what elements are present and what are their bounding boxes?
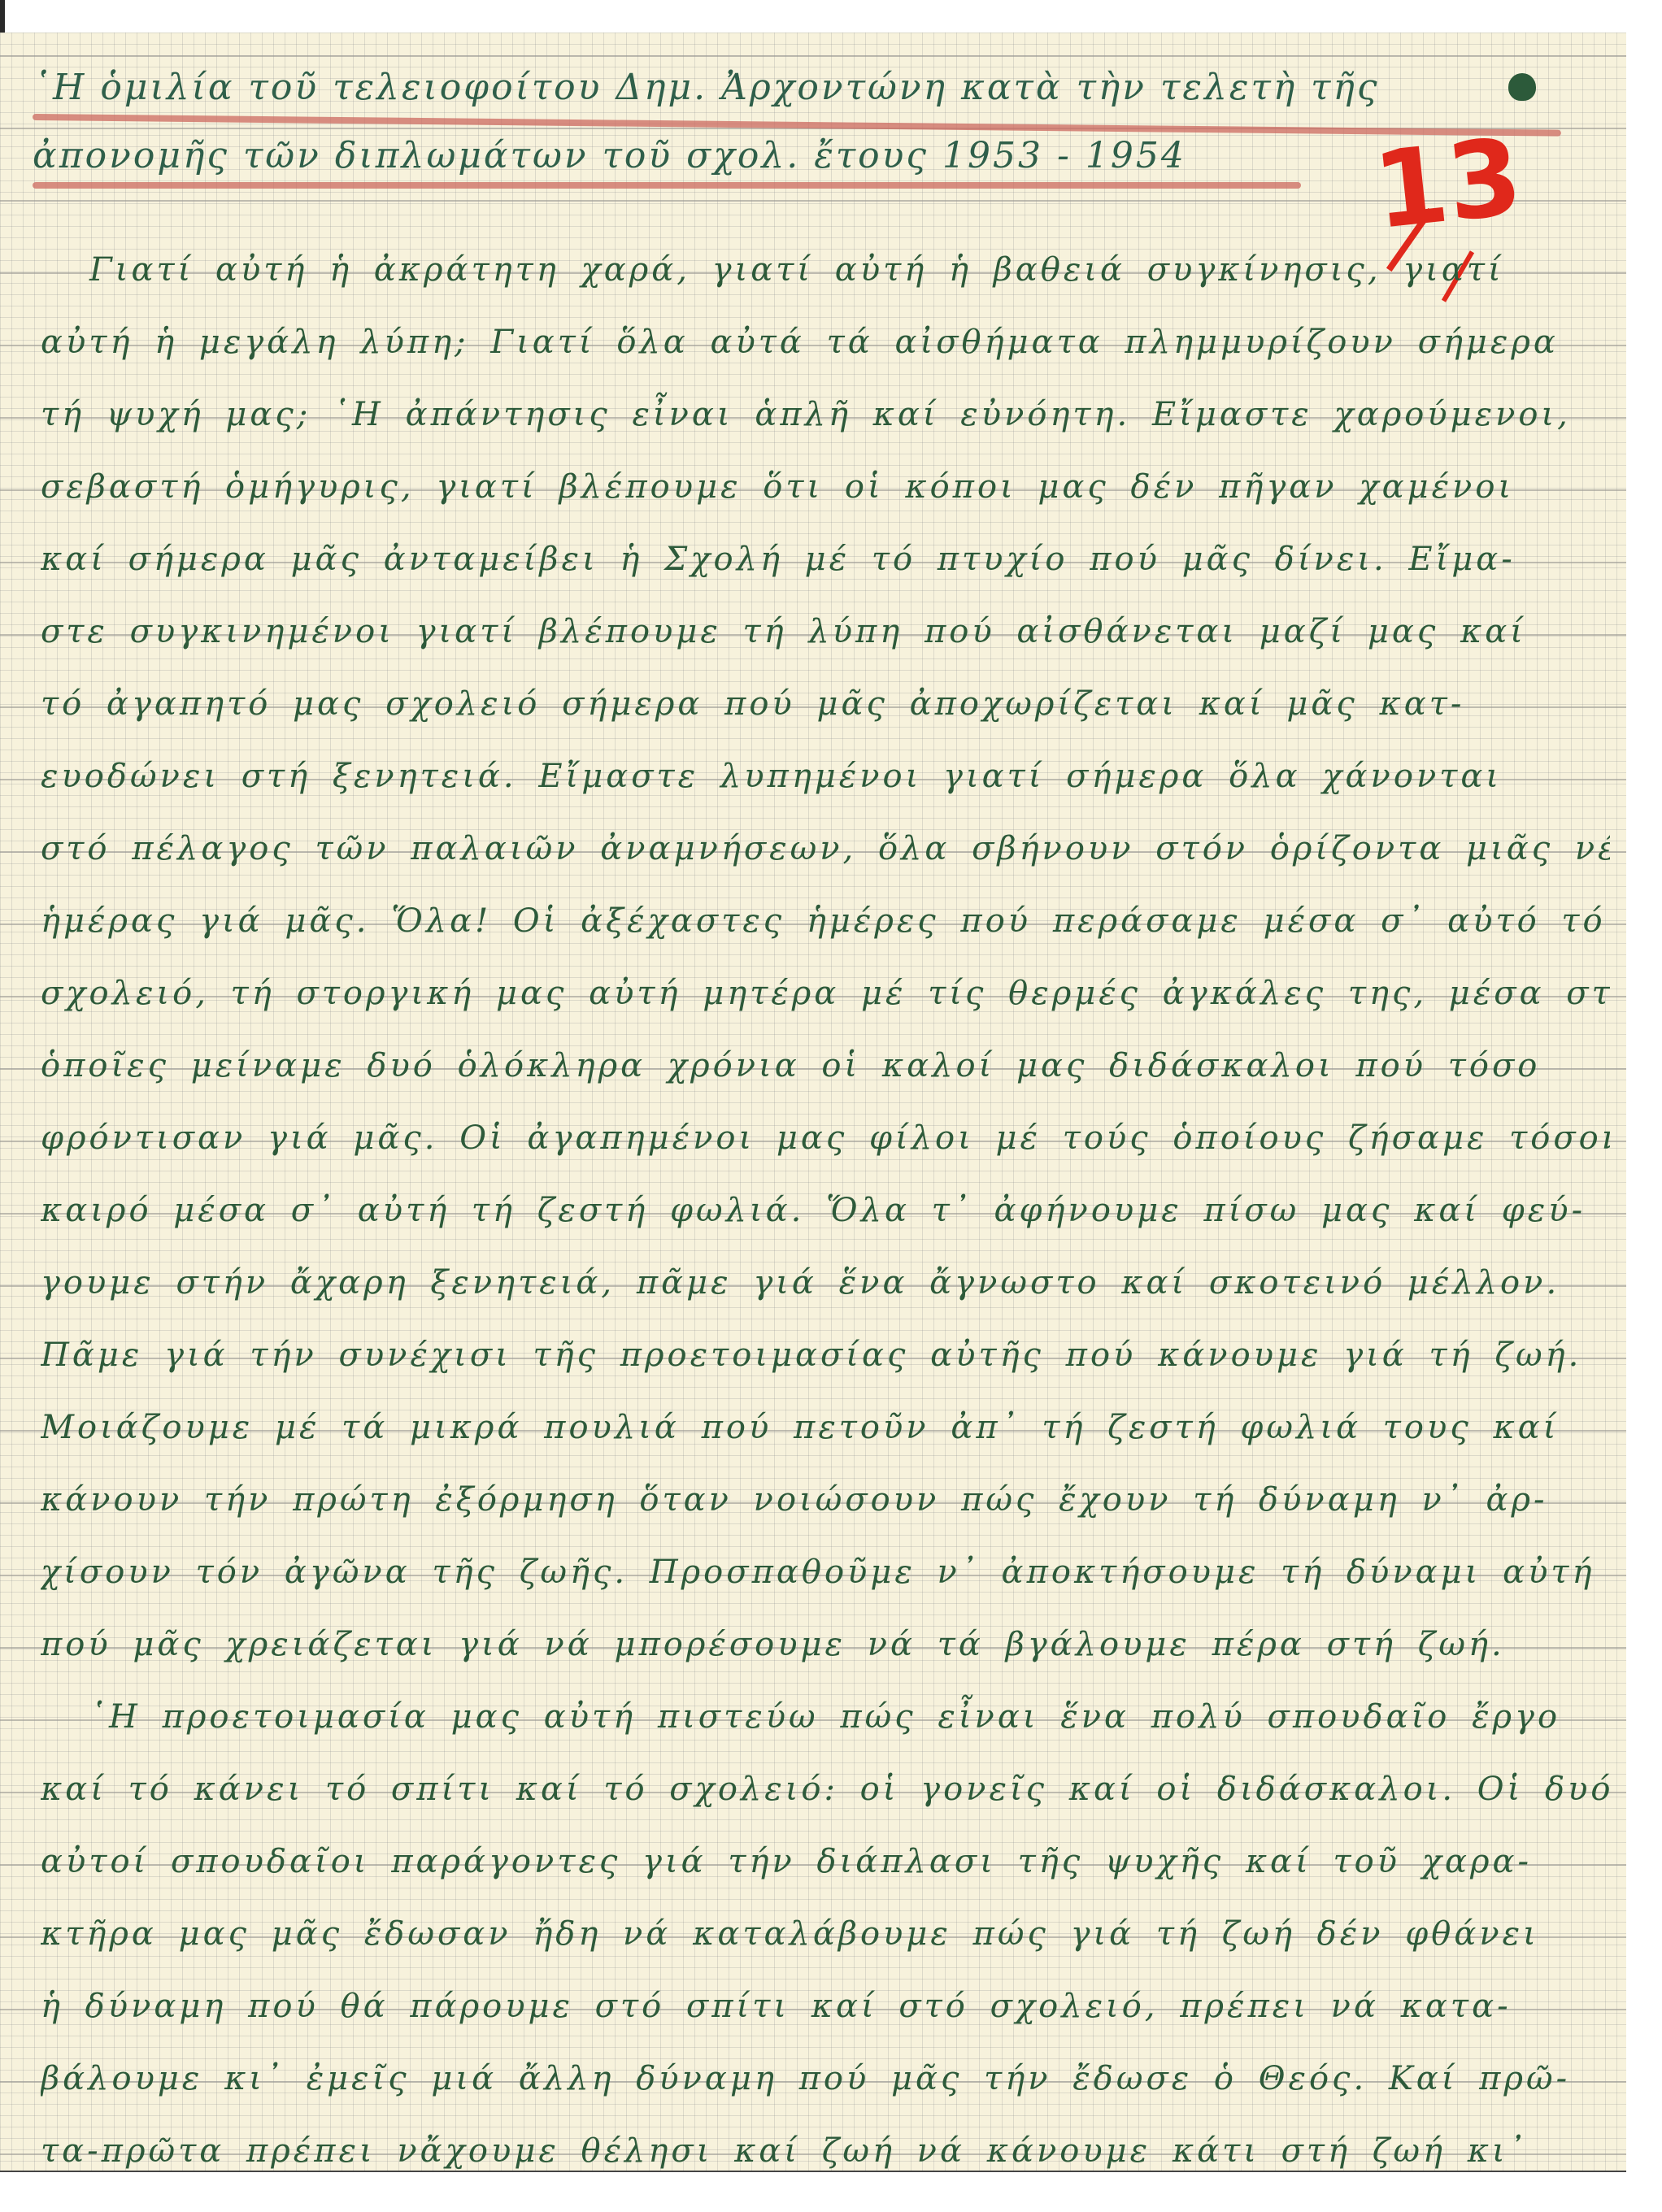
header-line-1-text: ῾Η ὁμιλία τοῦ τελειοφοίτου Δημ. Ἀρχοντών… <box>33 67 1380 108</box>
ink-blot-icon <box>1508 73 1536 101</box>
text-line: Πᾶμε γιά τήν συνέχισι τῆς προετοιμασίας … <box>41 1319 1610 1392</box>
text-line: χίσουν τόν ἀγῶνα τῆς ζωῆς. Προσπαθοῦμε ν… <box>41 1536 1610 1609</box>
text-line: τα-πρῶτα πρέπει νἄχουμε θέλησι καί ζωή ν… <box>41 2115 1610 2188</box>
text-line: πού μᾶς χρειάζεται γιά νά μπορέσουμε νά … <box>41 1609 1610 1681</box>
text-line: στό πέλαγος τῶν παλαιῶν ἀναμνήσεων, ὅλα … <box>41 813 1610 885</box>
text-line: κτῆρα μας μᾶς ἔδωσαν ἤδη νά καταλάβουμε … <box>41 1898 1610 1971</box>
text-line: φρόντισαν γιά μᾶς. Οἱ ἀγαπημένοι μας φίλ… <box>41 1102 1610 1175</box>
header-line-2-text: ἀπονομῆς τῶν διπλωμάτων τοῦ σχολ. ἔτους … <box>33 135 1186 176</box>
header-line-2: ἀπονομῆς τῶν διπλωμάτων τοῦ σχολ. ἔτους … <box>33 124 1561 192</box>
body-text: Γιατί αὐτή ἡ ἀκράτητη χαρά, γιατί αὐτή ἡ… <box>41 234 1610 2188</box>
text-line: αὐτοί σπουδαῖοι παράγοντες γιά τήν διάπλ… <box>41 1826 1610 1898</box>
text-line: ἡμέρας γιά μᾶς. Ὅλα! Οἱ ἀξέχαστες ἡμέρες… <box>41 885 1610 958</box>
text-line: καιρό μέσα σ᾽ αὐτή τή ζεστή φωλιά. Ὅλα τ… <box>41 1175 1610 1247</box>
page-number: 13 <box>1368 115 1528 253</box>
text-line: ὁποῖες μείναμε δυό ὁλόκληρα χρόνια οἱ κα… <box>41 1030 1610 1102</box>
text-line: βάλουμε κι᾽ ἐμεῖς μιά ἄλλη δύναμη πού μᾶ… <box>41 2043 1610 2115</box>
text-line: στε συγκινημένοι γιατί βλέπουμε τή λύπη … <box>41 596 1610 668</box>
text-line: τό ἀγαπητό μας σχολειό σήμερα πού μᾶς ἀπ… <box>41 668 1610 741</box>
text-line: καί τό κάνει τό σπίτι καί τό σχολειό: οἱ… <box>41 1754 1610 1826</box>
text-line: γουμε στήν ἄχαρη ξενητειά, πᾶμε γιά ἕνα … <box>41 1247 1610 1319</box>
text-line: αὐτή ἡ μεγάλη λύπη; Γιατί ὅλα αὐτά τά αἰ… <box>41 306 1610 379</box>
manuscript-page: ῾Η ὁμιλία τοῦ τελειοφοίτου Δημ. Ἀρχοντών… <box>0 33 1626 2172</box>
text-line: ῾Η προετοιμασία μας αὐτή πιστεύω πώς εἶν… <box>41 1681 1610 1754</box>
text-line: καί σήμερα μᾶς ἀνταμείβει ἡ Σχολή μέ τό … <box>41 524 1610 596</box>
red-underline <box>33 182 1301 189</box>
text-line: τή ψυχή μας; ῾Η ἀπάντησις εἶναι ἁπλῆ καί… <box>41 379 1610 451</box>
text-line: Μοιάζουμε μέ τά μικρά πουλιά πού πετοῦν … <box>41 1392 1610 1464</box>
text-line: ευοδώνει στή ξενητειά. Εἴμαστε λυπημένοι… <box>41 741 1610 813</box>
text-line: ἡ δύναμη πού θά πάρουμε στό σπίτι καί στ… <box>41 1971 1610 2043</box>
header-title: ῾Η ὁμιλία τοῦ τελειοφοίτου Δημ. Ἀρχοντών… <box>33 55 1561 192</box>
text-line: σχολειό, τή στοργική μας αὐτή μητέρα μέ … <box>41 958 1610 1030</box>
header-line-1: ῾Η ὁμιλία τοῦ τελειοφοίτου Δημ. Ἀρχοντών… <box>33 55 1561 124</box>
text-line: σεβαστή ὁμήγυρις, γιατί βλέπουμε ὅτι οἱ … <box>41 451 1610 524</box>
text-line: κάνουν τήν πρώτη ἐξόρμηση ὅταν νοιώσουν … <box>41 1464 1610 1536</box>
text-line: Γιατί αὐτή ἡ ἀκράτητη χαρά, γιατί αὐτή ἡ… <box>41 234 1610 306</box>
